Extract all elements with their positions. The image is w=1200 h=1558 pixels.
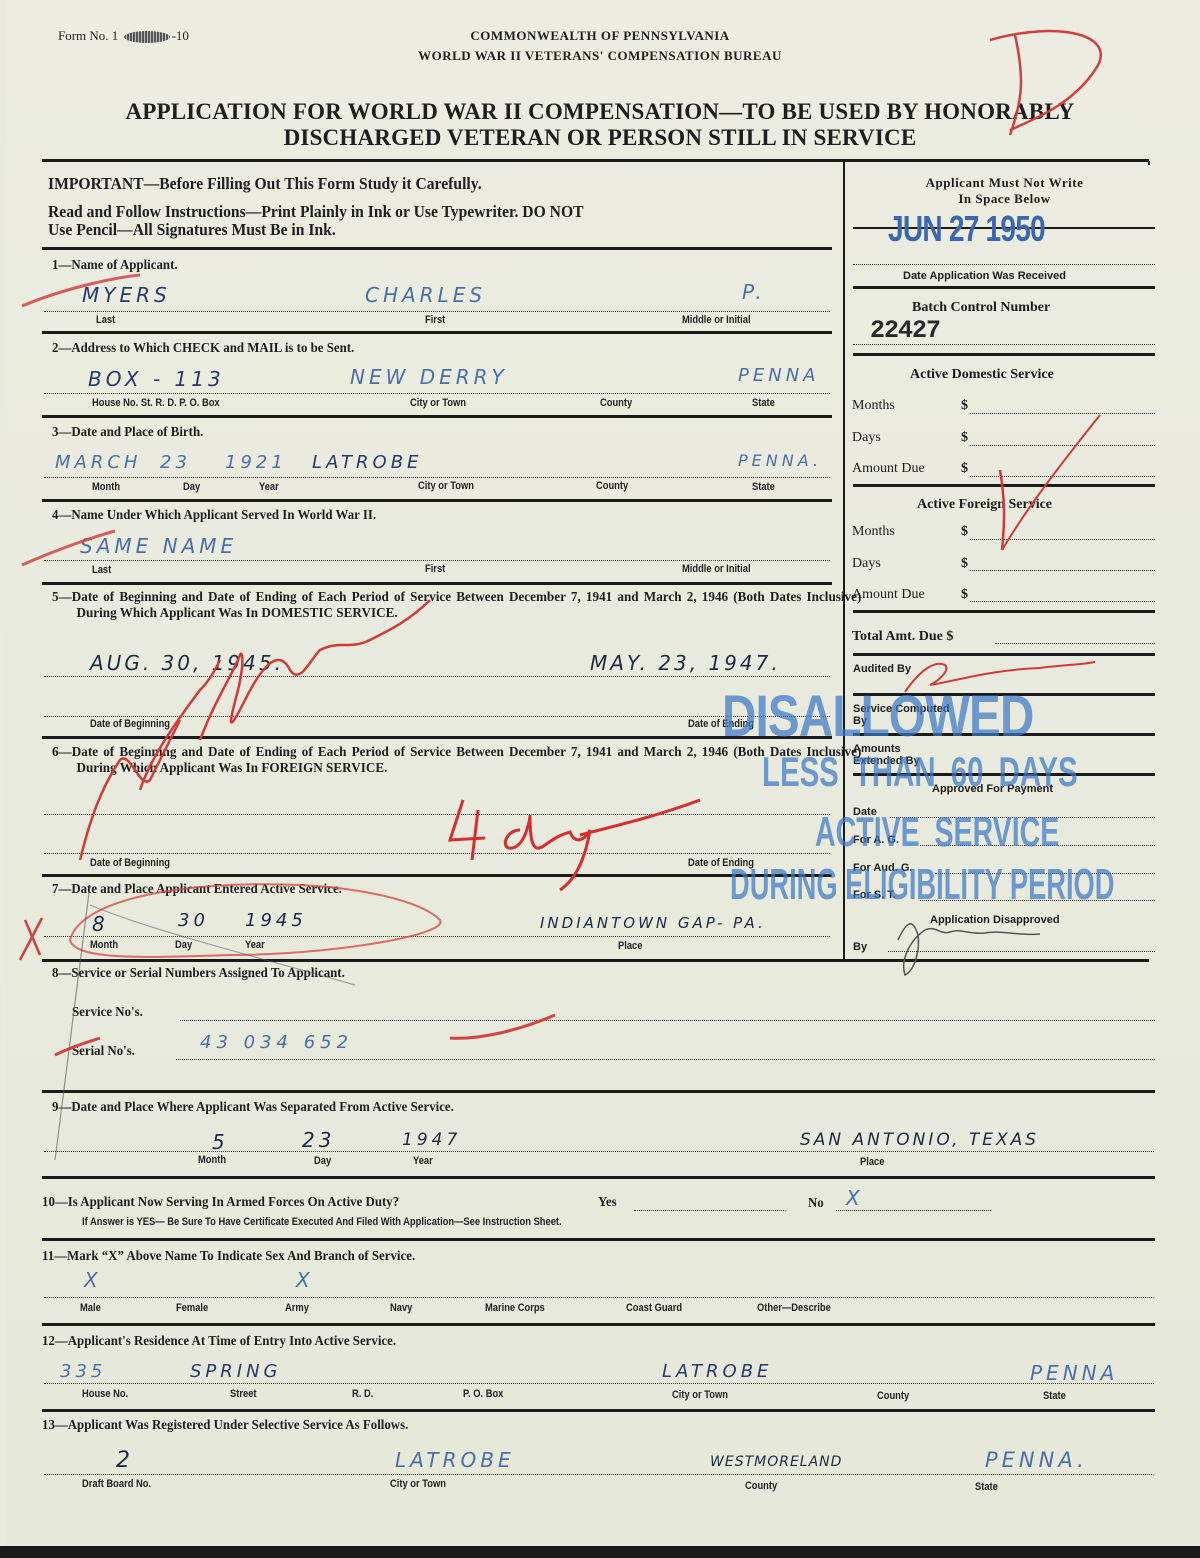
domestic-months-label: Months xyxy=(852,398,895,414)
q10-no-field[interactable] xyxy=(836,1210,991,1211)
domestic-amount-field[interactable] xyxy=(970,476,1155,477)
q13-board-value[interactable]: 2 xyxy=(116,1448,134,1473)
batch-control-label: Batch Control Number xyxy=(912,300,1050,316)
q10-no-mark: X xyxy=(846,1186,860,1210)
q4-col-middle: Middle or Initial xyxy=(682,563,751,575)
total-amount-field[interactable] xyxy=(995,643,1155,644)
q12-col-rd: R. D. xyxy=(352,1388,373,1400)
q3-year-value[interactable]: 1921 xyxy=(225,452,287,473)
office-rule xyxy=(853,286,1155,289)
commonwealth-heading: COMMONWEALTH OF PENNSYLVANIA xyxy=(380,28,820,44)
q4-col-first: First xyxy=(425,563,445,575)
q9-label: 9—Date and Place Where Applicant Was Sep… xyxy=(52,1100,454,1116)
total-amount-label: Total Amt. Due $ xyxy=(852,629,953,645)
q7-col-month: Month xyxy=(90,939,118,951)
q7-month-value[interactable]: 8 xyxy=(92,912,109,936)
disallowed-stamp-line3: ACTIVE SERVICE xyxy=(815,808,1059,856)
q6-col-begin: Date of Beginning xyxy=(90,857,170,869)
q11-option-coast-guard[interactable]: Coast Guard xyxy=(626,1302,682,1314)
q12-col-city: City or Town xyxy=(672,1389,728,1401)
q1-col-last: Last xyxy=(96,314,115,326)
section-rule xyxy=(42,1238,1155,1241)
foreign-days-field[interactable] xyxy=(970,570,1155,571)
form-number: Form No. 1 -10 xyxy=(58,28,189,44)
section-rule xyxy=(42,415,832,418)
top-frame-rule xyxy=(42,159,1149,162)
q11-dotted-line xyxy=(44,1297,1154,1298)
q2-dotted-line xyxy=(44,393,830,394)
office-heading-line2: In Space Below xyxy=(852,191,1157,207)
q4-label: 4—Name Under Which Applicant Served In W… xyxy=(52,508,376,524)
q9-col-place: Place xyxy=(860,1156,884,1168)
q12-col-house: House No. xyxy=(82,1388,128,1400)
q9-dotted-line xyxy=(44,1151,1154,1152)
domestic-months-field[interactable] xyxy=(970,413,1155,414)
q2-col-city: City or Town xyxy=(410,397,466,409)
section-rule xyxy=(42,1409,1155,1412)
application-disapproved-heading: Application Disapproved xyxy=(930,914,1060,926)
form-suffix: -10 xyxy=(172,28,189,43)
q2-city-value[interactable]: NEW DERRY xyxy=(350,365,508,389)
q11-option-army[interactable]: Army xyxy=(285,1302,309,1314)
q12-dotted-line xyxy=(44,1383,1154,1384)
section-rule xyxy=(42,1323,1155,1326)
q7-year-value[interactable]: 1945 xyxy=(245,910,307,931)
q11-option-navy[interactable]: Navy xyxy=(390,1302,412,1314)
disallowed-stamp-line2: LESS THAN 60 DAYS xyxy=(762,748,1078,796)
q12-state-value[interactable]: PENNA xyxy=(1030,1361,1118,1385)
q13-col-board: Draft Board No. xyxy=(82,1478,151,1490)
q3-col-month: Month xyxy=(92,481,120,493)
q4-dotted-line xyxy=(44,560,830,561)
q3-dotted-line xyxy=(44,477,830,478)
instructions-line3: Use Pencil—All Signatures Must Be in Ink… xyxy=(48,220,839,239)
q9-day-value[interactable]: 23 xyxy=(302,1128,335,1152)
q6-dotted-line-2 xyxy=(44,853,830,854)
disallowed-stamp-line4: DURING ELIGIBILITY PERIOD xyxy=(730,860,1114,910)
q5-end-value[interactable]: MAY. 23, 1947. xyxy=(590,651,781,675)
q11-option-marine-corps[interactable]: Marine Corps xyxy=(485,1302,545,1314)
q2-state-value[interactable]: PENNA xyxy=(738,365,819,386)
foreign-days-currency: $ xyxy=(961,556,968,572)
q2-label: 2—Address to Which CHECK and MAIL is to … xyxy=(52,341,354,357)
q10-yes-field[interactable] xyxy=(634,1210,786,1211)
domestic-service-heading: Active Domestic Service xyxy=(910,367,1054,383)
q10-label: 10—Is Applicant Now Serving In Armed For… xyxy=(42,1195,399,1211)
q3-col-county: County xyxy=(596,480,628,492)
foreign-service-heading: Active Foreign Service xyxy=(917,497,1052,513)
q12-col-county: County xyxy=(877,1390,909,1402)
q2-house-value[interactable]: BOX - 113 xyxy=(88,367,225,391)
q7-day-value[interactable]: 30 xyxy=(178,910,209,931)
q11-option-female[interactable]: Female xyxy=(176,1302,208,1314)
date-received-label: Date Application Was Received xyxy=(903,270,1066,282)
q11-option-male[interactable]: Male xyxy=(80,1302,101,1314)
q3-day-value[interactable]: 23 xyxy=(160,452,191,473)
section-rule xyxy=(42,1090,1155,1093)
q13-dotted-line xyxy=(44,1474,1154,1475)
q4-name-value[interactable]: SAME NAME xyxy=(80,534,237,558)
q3-col-city: City or Town xyxy=(418,480,474,492)
domestic-days-currency: $ xyxy=(961,430,968,446)
date-received-line xyxy=(853,264,1155,265)
q7-label: 7—Date and Place Applicant Entered Activ… xyxy=(52,882,342,898)
q1-col-middle: Middle or Initial xyxy=(682,314,751,326)
q5-col-begin: Date of Beginning xyxy=(90,718,170,730)
q5-dotted-line-1 xyxy=(44,676,830,677)
office-bottom-rule xyxy=(42,959,1149,962)
q1-last-value[interactable]: MYERS xyxy=(82,283,171,307)
q13-col-county: County xyxy=(745,1480,777,1492)
q12-label: 12—Applicant's Residence At Time of Entr… xyxy=(42,1334,396,1350)
domestic-amount-label: Amount Due xyxy=(852,461,925,477)
q5-label-text: 5—Date of Beginning and Date of Ending o… xyxy=(52,590,861,621)
q9-col-year: Year xyxy=(413,1155,433,1167)
foreign-amount-field[interactable] xyxy=(970,601,1155,602)
q9-place-value[interactable]: SAN ANTONIO, TEXAS xyxy=(800,1130,1039,1150)
foreign-months-label: Months xyxy=(852,524,895,540)
q12-col-street: Street xyxy=(230,1388,257,1400)
office-rule xyxy=(853,353,1155,356)
q11-option-other[interactable]: Other—Describe xyxy=(757,1302,831,1314)
q7-col-place: Place xyxy=(618,940,642,952)
q6-dotted-line-1 xyxy=(44,814,830,815)
q1-col-first: First xyxy=(425,314,445,326)
q12-street-value[interactable]: SPRING xyxy=(190,1361,282,1382)
section-rule xyxy=(42,247,832,250)
instructions-line1: IMPORTANT—Before Filling Out This Form S… xyxy=(48,174,839,193)
q7-dotted-line xyxy=(44,936,830,937)
q10-yes-label: Yes xyxy=(598,1195,617,1211)
q2-col-county: County xyxy=(600,397,632,409)
form-title-line2: DISCHARGED VETERAN OR PERSON STILL IN SE… xyxy=(40,125,1160,151)
section-rule xyxy=(42,1176,1155,1179)
batch-control-number: 22427 xyxy=(870,316,940,345)
q10-no-label: No xyxy=(808,1196,824,1212)
q11-male-mark[interactable]: X xyxy=(84,1268,98,1292)
q2-col-house: House No. St. R. D. P. O. Box xyxy=(92,397,220,409)
q3-label: 3—Date and Place of Birth. xyxy=(52,425,203,441)
q8-serial-label: Serial No's. xyxy=(72,1044,135,1060)
office-rule xyxy=(853,610,1155,613)
instructions-line2: Read and Follow Instructions—Print Plain… xyxy=(48,202,839,221)
q9-col-day: Day xyxy=(314,1155,331,1167)
q7-place-value[interactable]: INDIANTOWN GAP- PA. xyxy=(540,914,766,932)
section-rule xyxy=(42,582,832,585)
disallowed-stamp-line1: DISALLOWED xyxy=(722,683,1033,750)
q3-col-state: State xyxy=(752,481,775,493)
q4-col-last: Last xyxy=(92,564,111,576)
q5-label: 5—Date of Beginning and Date of Ending o… xyxy=(52,590,861,622)
q3-month-value[interactable]: MARCH xyxy=(55,452,141,473)
q3-col-day: Day xyxy=(183,481,200,493)
q7-col-year: Year xyxy=(245,939,265,951)
q12-city-value[interactable]: LATROBE xyxy=(662,1361,772,1382)
q5-dotted-line-2 xyxy=(44,716,830,717)
bureau-heading: WORLD WAR II VETERANS' COMPENSATION BURE… xyxy=(340,48,860,64)
q9-col-month: Month xyxy=(198,1154,226,1166)
q12-col-pobox: P. O. Box xyxy=(463,1388,503,1400)
q13-city-value[interactable]: LATROBE xyxy=(395,1448,515,1472)
q12-house-value[interactable]: 335 xyxy=(60,1361,106,1382)
disapproved-by-label: By xyxy=(853,941,867,953)
q8-serial-dotted-line xyxy=(176,1059,1155,1060)
union-seal-icon xyxy=(124,31,170,43)
q10-note: If Answer is YES— Be Sure To Have Certif… xyxy=(82,1216,562,1228)
foreign-months-field[interactable] xyxy=(970,539,1155,540)
q1-middle-value[interactable]: P. xyxy=(742,280,766,304)
disapproved-by-field[interactable] xyxy=(888,951,1155,952)
form-title-line1: APPLICATION FOR WORLD WAR II COMPENSATIO… xyxy=(40,99,1160,125)
q8-service-label: Service No's. xyxy=(72,1005,143,1021)
q13-col-city: City or Town xyxy=(390,1478,446,1490)
q1-label: 1—Name of Applicant. xyxy=(52,258,178,274)
audited-by-label: Audited By xyxy=(853,663,913,675)
q13-col-state: State xyxy=(975,1481,998,1493)
office-rule xyxy=(853,653,1155,656)
frame-corner xyxy=(1148,161,1150,165)
section-rule xyxy=(42,331,832,334)
q12-col-state: State xyxy=(1043,1390,1066,1402)
q13-county-value[interactable]: WESTMORELAND xyxy=(710,1454,842,1470)
q13-state-value[interactable]: PENNA. xyxy=(985,1448,1088,1472)
foreign-days-label: Days xyxy=(852,556,881,572)
form-number-text: Form No. 1 xyxy=(58,28,118,43)
q3-col-year: Year xyxy=(259,481,279,493)
scan-bottom-edge xyxy=(0,1546,1200,1558)
q3-city-value[interactable]: LATROBE xyxy=(312,452,422,473)
domestic-months-currency: $ xyxy=(961,398,968,414)
q11-label: 11—Mark “X” Above Name To Indicate Sex A… xyxy=(42,1249,415,1265)
q2-col-state: State xyxy=(752,397,775,409)
foreign-amount-currency: $ xyxy=(961,587,968,603)
office-heading-line1: Applicant Must Not Write xyxy=(852,175,1157,191)
q11-army-mark[interactable]: X xyxy=(296,1268,310,1292)
batch-line xyxy=(853,344,1155,345)
q1-dotted-line xyxy=(44,311,830,312)
section-rule xyxy=(42,499,832,502)
section-rule xyxy=(42,736,832,739)
q3-state-value[interactable]: PENNA. xyxy=(738,451,822,470)
service-number-field[interactable] xyxy=(180,1020,1155,1021)
q7-col-day: Day xyxy=(175,939,192,951)
date-received-stamp: JUN 27 1950 xyxy=(888,208,1045,250)
q9-year-value[interactable]: 1947 xyxy=(402,1130,461,1150)
domestic-days-field[interactable] xyxy=(970,445,1155,446)
q8-label: 8—Service or Serial Numbers Assigned To … xyxy=(52,966,345,982)
office-rule xyxy=(853,484,1155,487)
q8-serial-value[interactable]: 43 034 652 xyxy=(200,1032,353,1053)
q5-begin-value[interactable]: AUG. 30, 1945. xyxy=(90,651,284,675)
foreign-months-currency: $ xyxy=(961,524,968,540)
foreign-amount-label: Amount Due xyxy=(852,587,925,603)
q13-label: 13—Applicant Was Registered Under Select… xyxy=(42,1418,408,1434)
domestic-amount-currency: $ xyxy=(961,461,968,477)
office-heading: Applicant Must Not Write In Space Below xyxy=(852,175,1157,207)
section-rule xyxy=(42,874,832,877)
q1-first-value[interactable]: CHARLES xyxy=(365,283,486,307)
domestic-days-label: Days xyxy=(852,430,881,446)
